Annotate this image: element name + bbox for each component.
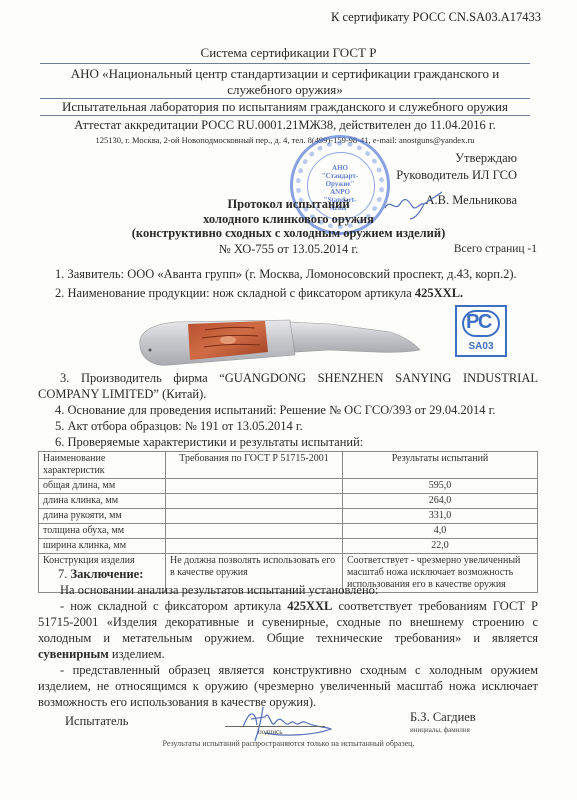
product-label: 2. Наименование продукции: нож складной …	[55, 286, 415, 300]
table-row: длина рукояти, мм 331,0	[39, 509, 538, 524]
stamp-line: ANPO	[293, 188, 387, 196]
header-cell: Требования по ГОСТ Р 51715-2001	[166, 452, 343, 479]
accreditation: Аттестат аккредитации РОСС RU.0001.21МЖ3…	[40, 118, 530, 133]
sample-act: 5. Акт отбора образцов: № 191 от 13.05.2…	[55, 418, 303, 434]
table-cell: общая длина, мм	[39, 479, 166, 494]
table-row: длина клинка, мм 264,0	[39, 494, 538, 509]
certificate-reference: К сертификату РОСС CN.SA03.A17433	[331, 10, 541, 25]
table-cell: 595,0	[343, 479, 538, 494]
logo-code: SA03	[457, 341, 505, 352]
test-basis: 4. Основание для проведения испытаний: Р…	[55, 402, 495, 418]
contact-address: 125130, г. Москва, 2-ой Новоподмосковный…	[40, 135, 530, 145]
knife-photo	[130, 310, 430, 375]
table-cell: 22,0	[343, 539, 538, 554]
table-cell: 4,0	[343, 524, 538, 539]
approval-position: Руководитель ИЛ ГСО	[396, 167, 517, 184]
header-cell: Результаты испытаний	[343, 452, 538, 479]
signature-caption: подпись	[258, 728, 282, 736]
table-cell: длина рукояти, мм	[39, 509, 166, 524]
conclusion-body: На основании анализа результатов испытан…	[38, 582, 538, 710]
article: 425XXL	[287, 599, 332, 613]
divider	[40, 63, 530, 64]
table-cell	[166, 524, 343, 539]
tester-name-caption: инициалы, фамилия	[410, 726, 470, 734]
title-line: (конструктивно сходных с холодным оружие…	[0, 226, 577, 241]
table-cell: 331,0	[343, 509, 538, 524]
conclusion-intro: На основании анализа результатов испытан…	[38, 582, 538, 598]
conclusion-paragraph-1: - нож складной с фиксатором артикула 425…	[38, 598, 538, 662]
footnote: Результаты испытаний распространяются то…	[0, 739, 577, 748]
table-cell: толщина обуха, мм	[39, 524, 166, 539]
certification-system: Система сертификации ГОСТ Р	[0, 45, 577, 61]
conclusion-title: Заключение:	[71, 567, 144, 581]
table-cell: длина клинка, мм	[39, 494, 166, 509]
page-count: Всего страниц -1	[454, 243, 537, 255]
stamp-line: АНО	[293, 164, 387, 172]
table-header-row: Наименование характеристик Требования по…	[39, 452, 538, 479]
title-line: холодного клинкового оружия	[0, 212, 577, 227]
table-row: ширина клинка, мм 22,0	[39, 539, 538, 554]
organization-name: АНО «Национальный центр стандартизации и…	[40, 66, 530, 98]
emphasis: сувенирным	[38, 647, 109, 661]
product-article: 425XXL.	[415, 286, 463, 300]
conclusion-heading: 7. Заключение:	[58, 566, 143, 582]
stamp-line: "Стандарт-	[293, 172, 387, 180]
laboratory-name: Испытательная лаборатория по испытаниям …	[40, 99, 530, 115]
tester-name: Б.З. Сагдиев	[410, 710, 476, 725]
table-row: общая длина, мм 595,0	[39, 479, 538, 494]
approval-label: Утверждаю	[396, 150, 517, 167]
table-cell	[166, 509, 343, 524]
table-cell: 264,0	[343, 494, 538, 509]
table-cell	[166, 494, 343, 509]
text: - нож складной с фиксатором артикула	[60, 599, 287, 613]
table-row: толщина обуха, мм 4,0	[39, 524, 538, 539]
table-cell	[166, 539, 343, 554]
product-name: 2. Наименование продукции: нож складной …	[55, 285, 463, 301]
tester-role: Испытатель	[65, 714, 128, 729]
table-cell	[166, 479, 343, 494]
manufacturer: 3. Производитель фирма “GUANGDONG SHENZH…	[38, 370, 538, 402]
tester-signature	[235, 703, 335, 743]
protocol-title: Протокол испытаний холодного клинкового …	[0, 197, 577, 241]
applicant: 1. Заявитель: ООО «Аванта групп» (г. Мос…	[55, 266, 517, 282]
checked-characteristics-label: 6. Проверяемые характеристики и результа…	[55, 434, 363, 450]
logo-mark: РС	[466, 311, 491, 334]
header-cell: Наименование характеристик	[39, 452, 166, 479]
title-line: Протокол испытаний	[0, 197, 577, 212]
text: изделием.	[109, 647, 165, 661]
table-cell: ширина клинка, мм	[39, 539, 166, 554]
conclusion-number: 7.	[58, 567, 71, 581]
stamp-line: Оружие"	[293, 180, 387, 188]
divider	[40, 115, 530, 116]
gost-r-certification-logo: РС SA03	[455, 305, 507, 357]
signature-line	[225, 726, 325, 727]
